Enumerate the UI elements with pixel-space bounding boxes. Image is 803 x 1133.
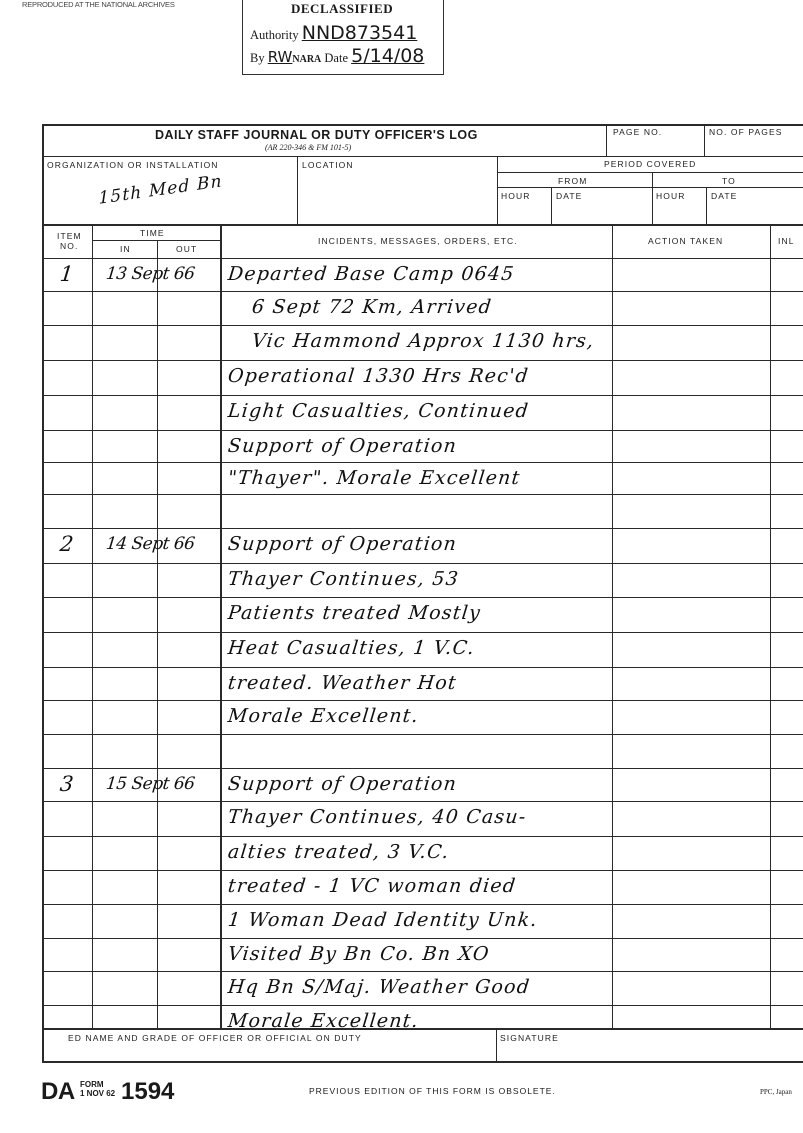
time-header: TIME [140, 228, 165, 238]
from-hour-field[interactable] [499, 200, 549, 222]
entry-text-line: Departed Base Camp 0645 [227, 263, 516, 285]
date-label: Date [324, 51, 348, 65]
row-line [42, 563, 803, 564]
row-line [42, 395, 803, 396]
entry-text-line: treated - 1 VC woman died [227, 875, 518, 897]
column-divider [157, 240, 158, 1028]
signature-field[interactable] [500, 1045, 800, 1059]
row-line [42, 597, 803, 598]
initials-header: INL [778, 236, 795, 246]
entry-text-line: Morale Excellent. [227, 705, 420, 727]
action-header: ACTION TAKEN [648, 236, 723, 246]
row-line [42, 667, 803, 668]
entry-text-line: Support of Operation [227, 533, 458, 555]
row-line [42, 360, 803, 361]
entry-text-line: Hq Bn S/Maj. Weather Good [227, 976, 532, 998]
form-series: DA [41, 1078, 75, 1106]
divider [704, 124, 705, 156]
row-line [42, 1005, 803, 1006]
item-header-line1: ITEM [57, 231, 82, 241]
officer-name-field[interactable] [46, 1045, 494, 1059]
column-divider [612, 224, 613, 1028]
stamp-by-row: By RWNARA Date 5/14/08 [250, 45, 424, 67]
row-line [42, 494, 803, 495]
form-left-border [42, 124, 44, 1062]
divider [496, 1028, 497, 1062]
row-line [42, 325, 803, 326]
from-label: FROM [558, 176, 587, 186]
by-initials: RW [268, 48, 293, 66]
signature-label: SIGNATURE [500, 1033, 559, 1043]
row-line [42, 904, 803, 905]
entry-item-no: 3 [59, 772, 76, 796]
entry-time-in: 14 Sept 66 [105, 534, 196, 554]
form-top-border [42, 124, 803, 126]
printer-mark: PPC, Japan [760, 1088, 792, 1096]
form-title: DAILY STAFF JOURNAL OR DUTY OFFICER'S LO… [155, 128, 478, 142]
page-no-field[interactable] [608, 138, 702, 154]
divider [551, 187, 552, 224]
entry-text-line: Patients treated Mostly [227, 602, 482, 624]
divider [497, 156, 498, 224]
row-line [42, 870, 803, 871]
declassified-title: DECLASSIFIED [291, 1, 393, 17]
entry-text-line: Operational 1330 Hrs Rec'd [227, 365, 530, 387]
page-no-label: PAGE NO. [613, 127, 662, 137]
by-label: By [250, 51, 265, 65]
to-hour-field[interactable] [654, 200, 704, 222]
entry-text-line: 6 Sept 72 Km, Arrived [251, 296, 493, 318]
obsolete-note: PREVIOUS EDITION OF THIS FORM IS OBSOLET… [309, 1086, 556, 1096]
entry-text-line: Vic Hammond Approx 1130 hrs, [251, 330, 596, 352]
form-subtitle: (AR 220-346 & FM 101-5) [265, 143, 351, 152]
form-date: 1 NOV 62 [80, 1089, 115, 1098]
row-line [42, 632, 803, 633]
divider [606, 124, 607, 156]
entry-action-taken-field[interactable] [614, 258, 768, 290]
form-number: 1594 [121, 1078, 174, 1106]
divider [92, 240, 220, 241]
archive-header: REPRODUCED AT THE NATIONAL ARCHIVES [22, 0, 175, 9]
item-header-line2: NO. [60, 241, 78, 251]
entry-text-line: Thayer Continues, 53 [227, 568, 460, 590]
divider [497, 172, 803, 173]
entry-text-line: Thayer Continues, 40 Casu- [227, 806, 528, 828]
entry-text-line: Heat Casualties, 1 V.C. [227, 637, 476, 659]
row-line [42, 734, 803, 735]
period-covered-label: PERIOD COVERED [604, 159, 696, 169]
entry-action-taken-field[interactable] [614, 768, 768, 800]
agency: NARA [292, 54, 321, 65]
incidents-header: INCIDENTS, MESSAGES, ORDERS, ETC. [318, 236, 518, 246]
row-line [42, 700, 803, 701]
entry-text-line: treated. Weather Hot [227, 672, 458, 694]
column-divider [92, 224, 93, 1028]
entry-text-line: "Thayer". Morale Excellent [227, 467, 522, 489]
location-label: LOCATION [302, 160, 354, 170]
entry-action-taken-field[interactable] [614, 528, 768, 560]
in-header: IN [120, 244, 131, 254]
entry-time-in: 15 Sept 66 [105, 774, 196, 794]
divider [652, 172, 653, 224]
row-line [42, 291, 803, 292]
form-word: FORM [80, 1080, 115, 1089]
stamp-authority-row: Authority NND873541 [250, 22, 417, 44]
row-line [42, 938, 803, 939]
form-edition: FORM 1 NOV 62 [80, 1080, 115, 1098]
row-line [42, 836, 803, 837]
row-line [42, 801, 803, 802]
entry-text-line: Support of Operation [227, 435, 458, 457]
date-value: 5/14/08 [351, 45, 424, 67]
divider [706, 187, 707, 224]
column-divider [220, 224, 222, 1028]
form-bottom-border [42, 1061, 803, 1063]
to-label: TO [722, 176, 736, 186]
entry-item-no: 1 [59, 262, 76, 286]
entry-text-line: Support of Operation [227, 773, 458, 795]
entry-text-line: 1 Woman Dead Identity Unk. [227, 909, 539, 931]
divider [297, 156, 298, 224]
from-date-field[interactable] [553, 200, 650, 222]
authority-label: Authority [250, 28, 299, 42]
divider [42, 1028, 803, 1030]
entry-item-no: 2 [59, 532, 76, 556]
column-divider [770, 224, 771, 1028]
entry-text-line: Visited By Bn Co. Bn XO [227, 943, 491, 965]
entry-time-in: 13 Sept 66 [105, 264, 196, 284]
authority-value: NND873541 [302, 22, 418, 44]
row-line [42, 462, 803, 463]
num-pages-field[interactable] [706, 138, 802, 154]
to-date-field[interactable] [708, 200, 802, 222]
divider [42, 224, 803, 226]
divider [42, 156, 803, 157]
entry-text-line: Light Casualties, Continued [227, 400, 530, 422]
entry-text-line: alties treated, 3 V.C. [227, 841, 451, 863]
out-header: OUT [176, 244, 197, 254]
location-field[interactable] [300, 172, 495, 222]
row-line [42, 971, 803, 972]
divider [497, 187, 803, 188]
officer-label: ED NAME AND GRADE OF OFFICER OR OFFICIAL… [68, 1033, 362, 1043]
row-line [42, 430, 803, 431]
num-pages-label: NO. OF PAGES [709, 127, 783, 137]
organization-value[interactable]: 15th Med Bn [98, 171, 223, 209]
organization-label: ORGANIZATION OR INSTALLATION [47, 160, 219, 170]
